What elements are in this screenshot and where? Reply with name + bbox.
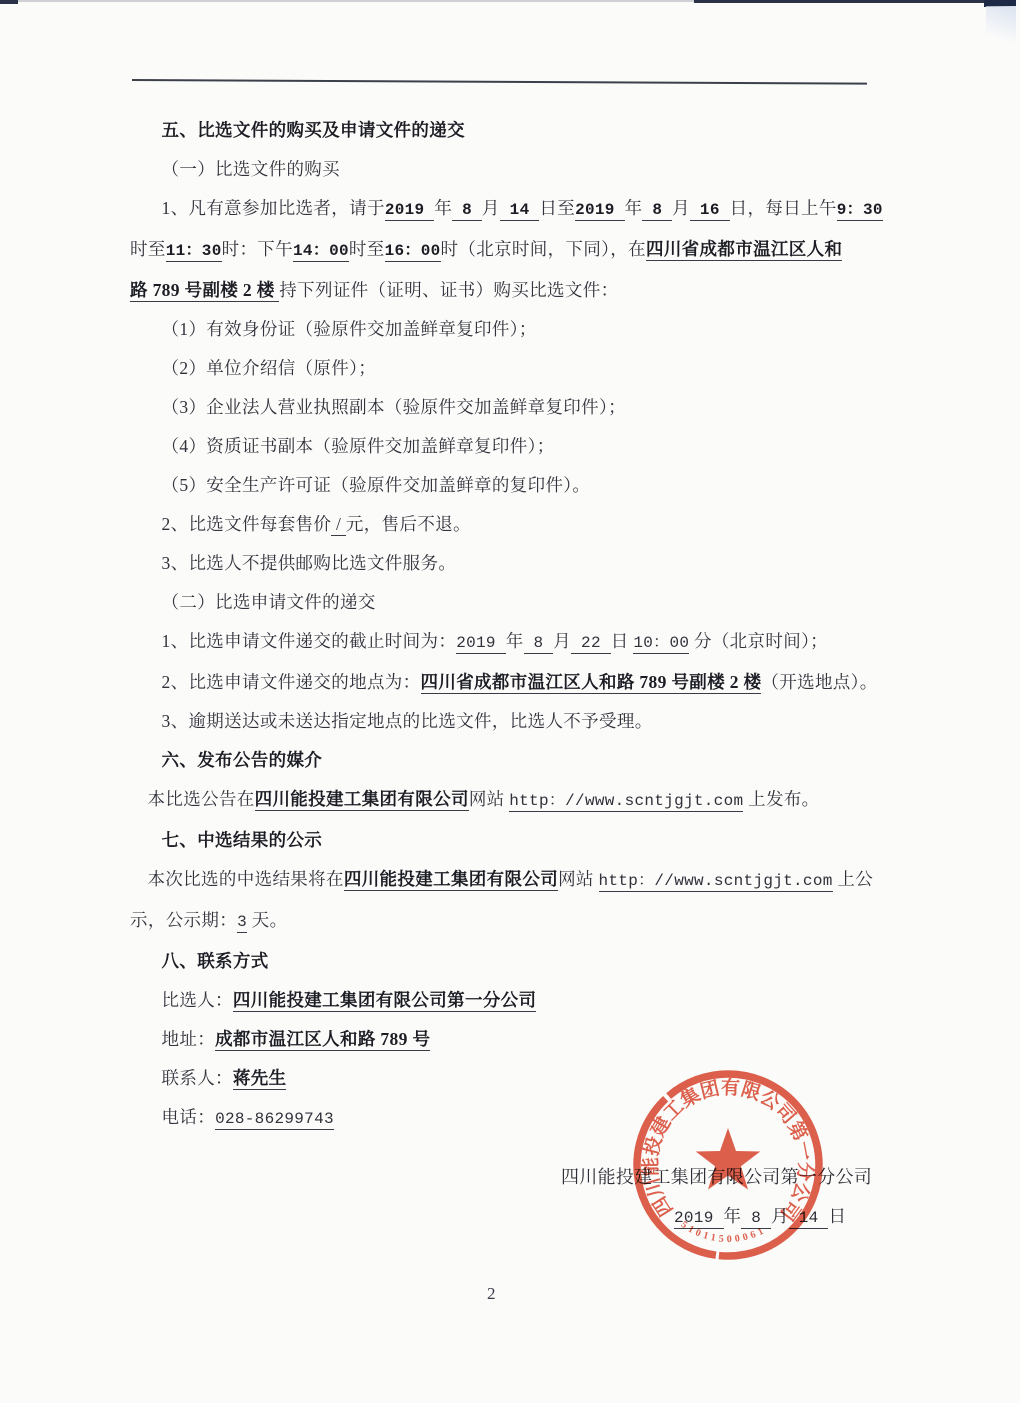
page-number: 2 — [487, 1284, 496, 1304]
text-segment: （5）安全生产许可证（验原件交加盖鲜章的复印件）。 — [162, 475, 591, 495]
text-segment: （3）企业法人营业执照副本（验原件交加盖鲜章复印件）； — [162, 397, 626, 417]
text-segment: 3 — [237, 913, 247, 933]
text-segment: 本次比选的中选结果将在 — [148, 869, 344, 889]
text-segment: 028-86299743 — [215, 1110, 334, 1130]
text-segment: 分（北京时间）； — [689, 631, 828, 651]
purchase-para-line-3: 路 789 号副楼 2 楼 持下列证件（证明、证书）购买比选文件： — [130, 271, 892, 310]
text-segment: 蒋先生 — [233, 1068, 287, 1090]
text-segment: 四川能投建工集团有限公司 — [255, 789, 469, 811]
text-segment: 地址： — [162, 1029, 216, 1049]
text-segment: 比选人： — [162, 990, 233, 1010]
text-segment: 网站 — [469, 789, 509, 809]
text-segment: 时至 — [349, 239, 385, 259]
late-delivery-line: 3、逾期送达或未送达指定地点的比选文件，比选人不予受理。 — [130, 702, 892, 741]
text-segment: 本比选公告在 — [148, 789, 255, 809]
deadline-line: 1、比选申请文件递交的截止时间为：2019 年 8 月 22 日 10：00 分… — [130, 622, 892, 663]
text-segment: 日 — [611, 631, 634, 651]
header-divider-line — [132, 79, 867, 85]
doc-body: 五、比选文件的购买及申请文件的递交（一）比选文件的购买1、凡有意参加比选者，请于… — [130, 111, 892, 1139]
document-page: 五、比选文件的购买及申请文件的递交（一）比选文件的购买1、凡有意参加比选者，请于… — [0, 0, 1020, 1403]
text-segment: （4）资质证书副本（验原件交加盖鲜章复印件）； — [162, 436, 555, 456]
text-segment: 年 — [434, 198, 452, 218]
submit-place-line: 2、比选申请文件递交的地点为：四川省成都市温江区人和路 789 号副楼 2 楼（… — [130, 663, 892, 702]
text-segment: 14 — [500, 201, 540, 221]
text-segment: http：//www.scntjgjt.com — [599, 872, 833, 892]
text-segment: （开选地点）。 — [761, 672, 877, 692]
text-segment: （一）比选文件的购买 — [162, 159, 341, 179]
text-segment: （2）单位介绍信（原件）； — [162, 358, 377, 378]
text-segment: 路 789 号副楼 2 楼 — [130, 280, 279, 302]
text-segment: 时至 — [130, 239, 166, 259]
text-segment: 9：30 — [837, 201, 883, 221]
scan-edge-artifact — [694, 0, 1016, 3]
text-segment: 14：00 — [293, 242, 349, 262]
text-segment: 八、联系方式 — [162, 951, 269, 971]
text-segment: 年 — [625, 198, 643, 218]
text-segment: （二）比选申请文件的递交 — [162, 592, 376, 612]
text-segment: 示，公示期： — [130, 910, 237, 930]
text-segment: 3、比选人不提供邮购比选文件服务。 — [162, 553, 457, 573]
credential-item-2: （2）单位介绍信（原件）； — [130, 349, 892, 388]
text-segment: 16 — [690, 201, 730, 221]
text-segment: 四川能投建工集团有限公司第一分公司 — [233, 990, 536, 1012]
text-segment: 成都市温江区人和路 789 号 — [215, 1029, 430, 1051]
text-segment: / — [331, 514, 346, 536]
text-segment: 六、发布公告的媒介 — [162, 750, 323, 770]
contact-entity-line: 比选人：四川能投建工集团有限公司第一分公司 — [130, 981, 892, 1020]
credential-item-5: （5）安全生产许可证（验原件交加盖鲜章的复印件）。 — [130, 466, 892, 505]
credential-item-1: （1）有效身份证（验原件交加盖鲜章复印件）； — [130, 310, 892, 349]
text-segment: 上发布。 — [743, 789, 819, 809]
text-segment: 月 — [482, 198, 500, 218]
text-segment: 上公 — [833, 869, 873, 889]
text-segment: 日，每日上午 — [730, 198, 837, 218]
text-segment: 持下列证件（证明、证书）购买比选文件： — [279, 280, 618, 300]
subsection-1-heading: （一）比选文件的购买 — [130, 150, 892, 189]
text-segment: 3、逾期送达或未送达指定地点的比选文件，比选人不予受理。 — [162, 711, 653, 731]
text-segment: 1、凡有意参加比选者，请于 — [162, 198, 385, 218]
result-publicity-line-2: 示，公示期：3 天。 — [130, 901, 892, 942]
text-segment: 2019 — [456, 634, 506, 654]
star-icon — [696, 1128, 761, 1190]
text-segment: 2019 — [385, 201, 435, 221]
text-segment: 联系人： — [162, 1068, 233, 1088]
purchase-para-line-1: 1、凡有意参加比选者，请于2019 年 8 月 14 日至2019 年 8 月 … — [130, 189, 892, 230]
text-segment: 11：30 — [166, 242, 222, 262]
text-segment: 22 — [571, 634, 611, 654]
text-segment: 日至 — [539, 198, 575, 218]
text-segment: 四川省成都市温江区人和 — [646, 239, 842, 261]
official-seal: 四川能投建工集团有限公司第一分公司 51011500061 — [618, 1055, 838, 1275]
text-segment: 七、中选结果的公示 — [162, 830, 323, 850]
text-segment: 8 — [642, 201, 672, 221]
text-segment: 天。 — [247, 910, 287, 930]
publish-media-line: 本比选公告在四川能投建工集团有限公司网站 http：//www.scntjgjt… — [130, 780, 892, 821]
section-6-heading: 六、发布公告的媒介 — [130, 741, 892, 780]
section-5-heading: 五、比选文件的购买及申请文件的递交 — [130, 111, 892, 150]
text-segment: 16：00 — [385, 242, 441, 262]
text-segment: 2、比选申请文件递交的地点为： — [162, 672, 421, 692]
text-segment: 2、比选文件每套售价 — [162, 514, 332, 534]
purchase-para-line-2: 时至11：30时：下午14：00时至16：00时（北京时间，下同），在四川省成都… — [130, 230, 892, 271]
text-segment: 时（北京时间，下同），在 — [441, 239, 646, 259]
text-segment: 2019 — [575, 201, 625, 221]
seal-serial-number: 51011500061 — [679, 1219, 769, 1245]
text-segment: 8 — [452, 201, 482, 221]
scan-edge-artifact — [18, 0, 694, 2]
text-segment: 8 — [524, 634, 554, 654]
scan-edge-artifact — [0, 0, 18, 4]
price-line: 2、比选文件每套售价 / 元，售后不退。 — [130, 505, 892, 544]
text-segment: （1）有效身份证（验原件交加盖鲜章复印件）； — [162, 319, 537, 339]
result-publicity-line-1: 本次比选的中选结果将在四川能投建工集团有限公司网站 http：//www.scn… — [130, 860, 892, 901]
text-segment: 网站 — [558, 869, 598, 889]
text-segment: 1、比选申请文件递交的截止时间为： — [162, 631, 457, 651]
text-segment: 五、比选文件的购买及申请文件的递交 — [162, 120, 465, 140]
text-segment: http：//www.scntjgjt.com — [509, 792, 743, 812]
no-mail-line: 3、比选人不提供邮购比选文件服务。 — [130, 544, 892, 583]
contact-address-line: 地址：成都市温江区人和路 789 号 — [130, 1020, 892, 1059]
text-segment: 10：00 — [633, 634, 689, 654]
text-segment: 年 — [506, 631, 524, 651]
text-segment: 元，售后不退。 — [346, 514, 471, 534]
text-segment: 四川能投建工集团有限公司 — [344, 869, 558, 891]
text-segment: 四川省成都市温江区人和路 789 号副楼 2 楼 — [421, 672, 762, 694]
credential-item-3: （3）企业法人营业执照副本（验原件交加盖鲜章复印件）； — [130, 388, 892, 427]
text-segment: 月 — [672, 198, 690, 218]
text-segment: 电话： — [162, 1107, 216, 1127]
section-8-heading: 八、联系方式 — [130, 942, 892, 981]
credential-item-4: （4）资质证书副本（验原件交加盖鲜章复印件）； — [130, 427, 892, 466]
page-curl-artifact — [986, 6, 1016, 48]
text-segment: 时：下午 — [222, 239, 293, 259]
text-segment: 月 — [553, 631, 571, 651]
subsection-2-heading: （二）比选申请文件的递交 — [130, 583, 892, 622]
seal-serial-node: 51011500061 — [679, 1219, 769, 1245]
section-7-heading: 七、中选结果的公示 — [130, 821, 892, 860]
